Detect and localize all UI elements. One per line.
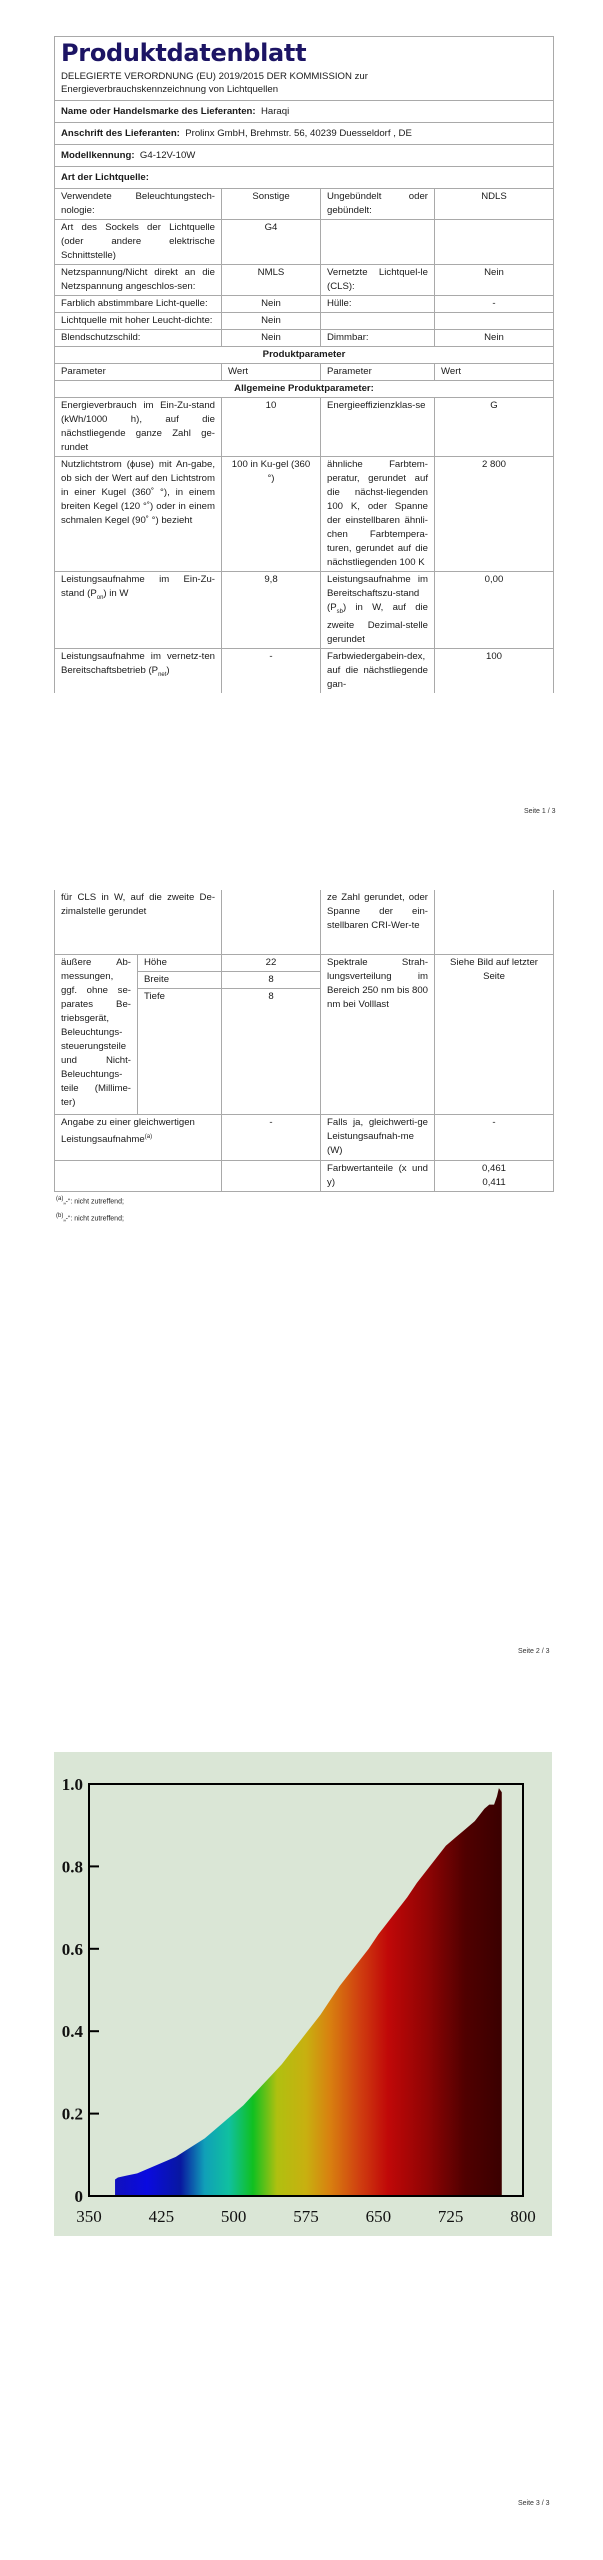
light-source-table: Verwendete Beleuchtungstech-nologie:Sons… [54,188,554,693]
table-row: Angabe zu einer gleichwertigen Leistungs… [55,1114,554,1160]
svg-text:0.6: 0.6 [62,1940,83,1959]
spectrum-plot: 00.20.40.60.81.0350425500575650725800 [54,1752,552,2236]
svg-text:0.2: 0.2 [62,2105,83,2124]
svg-text:650: 650 [366,2207,392,2226]
table-row: Energieverbrauch im Ein-Zu-stand (kWh/10… [55,398,554,457]
table-row: Farbwertanteile (x und y) 0,461 0,411 [55,1160,554,1191]
table-row: Leistungsaufnahme im Ein-Zu-stand (Pon) … [55,572,554,649]
dimensions-label: äußere Ab-messungen, ggf. ohne se-parate… [55,954,138,1114]
section-general-parameters: Allgemeine Produktparameter: [55,381,554,398]
supplier-name-value: Haraqi [261,106,289,117]
product-parameters-table-continued: für CLS in W, auf die zweite De-zimalste… [54,890,554,1192]
supplier-address-row: Anschrift des Lieferanten: Prolinx GmbH,… [55,122,553,144]
page-number: Seite 1 / 3 [524,808,556,815]
regulation-subtitle: DELEGIERTE VERORDNUNG (EU) 2019/2015 DER… [55,67,553,100]
svg-text:0.4: 0.4 [62,2022,84,2041]
table-row: Verwendete Beleuchtungstech-nologie:Sons… [55,189,554,220]
svg-text:0.8: 0.8 [62,1857,83,1876]
svg-text:425: 425 [149,2207,175,2226]
model-row: Modellkennung: G4-12V-10W [55,144,553,166]
table-row: Art des Sockels der Lichtquelle (oder an… [55,220,554,265]
table-row: Farblich abstimmbare Licht-quelle:NeinHü… [55,296,554,313]
param-header-row: Parameter Wert Parameter Wert [55,364,554,381]
svg-text:1.0: 1.0 [62,1775,83,1794]
svg-text:575: 575 [293,2207,319,2226]
section-product-parameters: Produktparameter [55,347,554,364]
page-number: Seite 2 / 3 [518,1648,550,1655]
svg-text:800: 800 [510,2207,536,2226]
spectrum-area [115,1788,502,2196]
model-value: G4-12V-10W [140,150,195,161]
table-row: für CLS in W, auf die zweite De-zimalste… [55,890,554,954]
spectral-distribution-chart: 00.20.40.60.81.0350425500575650725800 [54,1752,552,2236]
dimensions-row: äußere Ab-messungen, ggf. ohne se-parate… [55,954,554,971]
datasheet-page-2: für CLS in W, auf die zweite De-zimalste… [54,890,554,1192]
table-row: Nutzlichtstrom (ϕuse) mit An-gabe, ob si… [55,457,554,572]
svg-text:0: 0 [75,2187,84,2206]
footnote-b: (b)„-“: nicht zutreffend; [56,1211,124,1224]
datasheet-page-1: Produktdatenblatt DELEGIERTE VERORDNUNG … [54,36,554,693]
svg-text:500: 500 [221,2207,247,2226]
supplier-name-row: Name oder Handelsmarke des Lieferanten: … [55,100,553,122]
footnote-a: (a)„-“: nicht zutreffend; [56,1194,124,1207]
table-row: Blendschutzschild:NeinDimmbar:Nein [55,330,554,347]
svg-text:725: 725 [438,2207,464,2226]
supplier-address-value: Prolinx GmbH, Brehmstr. 56, 40239 Duesse… [185,128,412,139]
table-row: Leistungsaufnahme im vernetz-ten Bereits… [55,648,554,693]
table-row: Lichtquelle mit hoher Leucht-dichte:Nein [55,313,554,330]
page-number: Seite 3 / 3 [518,2500,550,2507]
light-source-type-row: Art der Lichtquelle: [55,166,553,188]
svg-text:350: 350 [76,2207,102,2226]
table-row: Netzspannung/Nicht direkt an die Netzspa… [55,265,554,296]
page-title: Produktdatenblatt [55,37,553,67]
